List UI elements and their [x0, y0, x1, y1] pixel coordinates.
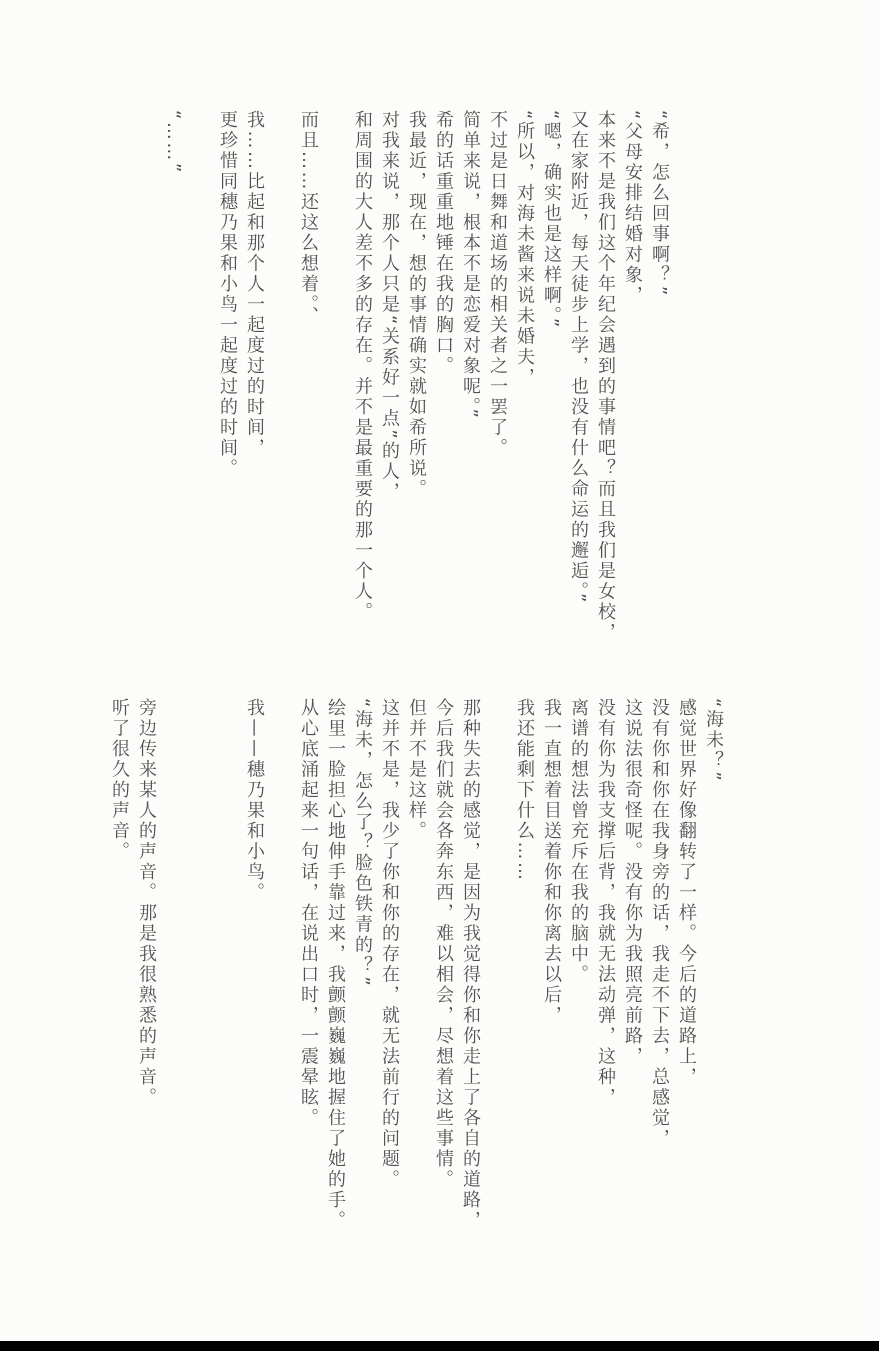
text-line: 又在家附近，每天徒步上学，也没有什么命运的邂逅。” — [565, 110, 592, 658]
text-line: 那种失去的感觉，是因为我觉得你和你走上了各自的道路， — [457, 698, 484, 1258]
blank-line — [187, 110, 214, 658]
text-line: 而且……还这么想着。、 — [295, 110, 322, 658]
text-line: 我——穗乃果和小鸟。 — [241, 698, 268, 1258]
text-line: 这说法很奇怪呢。没有你为我照亮前路， — [619, 698, 646, 1258]
text-line: 我……比起和那个人一起度过的时间， — [241, 110, 268, 658]
footer-bar — [0, 1341, 879, 1351]
text-line: 绘里一脸担心地伸手靠过来，我颤颤巍巍地握住了她的手。 — [322, 698, 349, 1258]
text-line: “海未？” — [700, 698, 727, 1258]
text-line: 旁边传来某人的声音。那是我很熟悉的声音。 — [133, 698, 160, 1258]
paragraph-block-bottom: “海未？” 感觉世界好像翻转了一样。今后的道路上， 没有你和你在我身旁的话，我走… — [106, 698, 727, 1258]
text-line: 感觉世界好像翻转了一样。今后的道路上， — [673, 698, 700, 1258]
blank-line — [268, 110, 295, 658]
blank-line — [322, 110, 349, 658]
text-line: 更珍惜同穗乃果和小鸟一起度过的时间。 — [214, 110, 241, 658]
blank-line — [214, 698, 241, 1258]
text-line: “……” — [160, 110, 187, 658]
text-line: “嗯，确实也是这样啊。” — [538, 110, 565, 658]
text-line: 希的话重重地锤在我的胸口。 — [430, 110, 457, 658]
text-line: 这并不是，我少了你和你的存在，就无法前行的问题。 — [376, 698, 403, 1258]
text-line: “父母安排结婚对象， — [619, 110, 646, 658]
text-line: 听了很久的声音。 — [106, 698, 133, 1258]
text-line: 本来不是我们这个年纪会遇到的事情吧？而且我们是女校， — [592, 110, 619, 658]
text-line: 但并不是这样。 — [403, 698, 430, 1258]
text-line: “希，怎么回事啊？” — [646, 110, 673, 658]
text-line: 离谱的想法曾充斥在我的脑中。 — [565, 698, 592, 1258]
text-line: 我最近，现在，想的事情确实就如希所说。 — [403, 110, 430, 658]
text-line: 从心底涌起来一句话，在说出口时，一震晕眩。 — [295, 698, 322, 1258]
blank-line — [160, 698, 187, 1258]
text-line: 和周围的大人差不多的存在。并不是最重要的那一个人。 — [349, 110, 376, 658]
text-line: 没有你和你在我身旁的话，我走不下去，总感觉， — [646, 698, 673, 1258]
text-line: “所以，对海未酱来说未婚夫， — [511, 110, 538, 658]
text-line: “海未，怎么了？脸色铁青的？” — [349, 698, 376, 1258]
text-line: 简单来说，根本不是恋爱对象呢。” — [457, 110, 484, 658]
text-line: 不过是日舞和道场的相关者之一罢了。 — [484, 110, 511, 658]
blank-line — [187, 698, 214, 1258]
text-line: 对我来说，那个人只是“关系好一点”的人， — [376, 110, 403, 658]
blank-line — [484, 698, 511, 1258]
blank-line — [268, 698, 295, 1258]
paragraph-block-top: “希，怎么回事啊？” “父母安排结婚对象， 本来不是我们这个年纪会遇到的事情吧？… — [160, 110, 673, 658]
novel-page: “希，怎么回事啊？” “父母安排结婚对象， 本来不是我们这个年纪会遇到的事情吧？… — [0, 0, 879, 1351]
text-line: 我一直想着目送着你和你离去以后， — [538, 698, 565, 1258]
text-line: 今后我们就会各奔东西，难以相会，尽想着这些事情。 — [430, 698, 457, 1258]
text-line: 没有你为我支撑后背，我就无法动弹，这种， — [592, 698, 619, 1258]
text-line: 我还能剩下什么…… — [511, 698, 538, 1258]
